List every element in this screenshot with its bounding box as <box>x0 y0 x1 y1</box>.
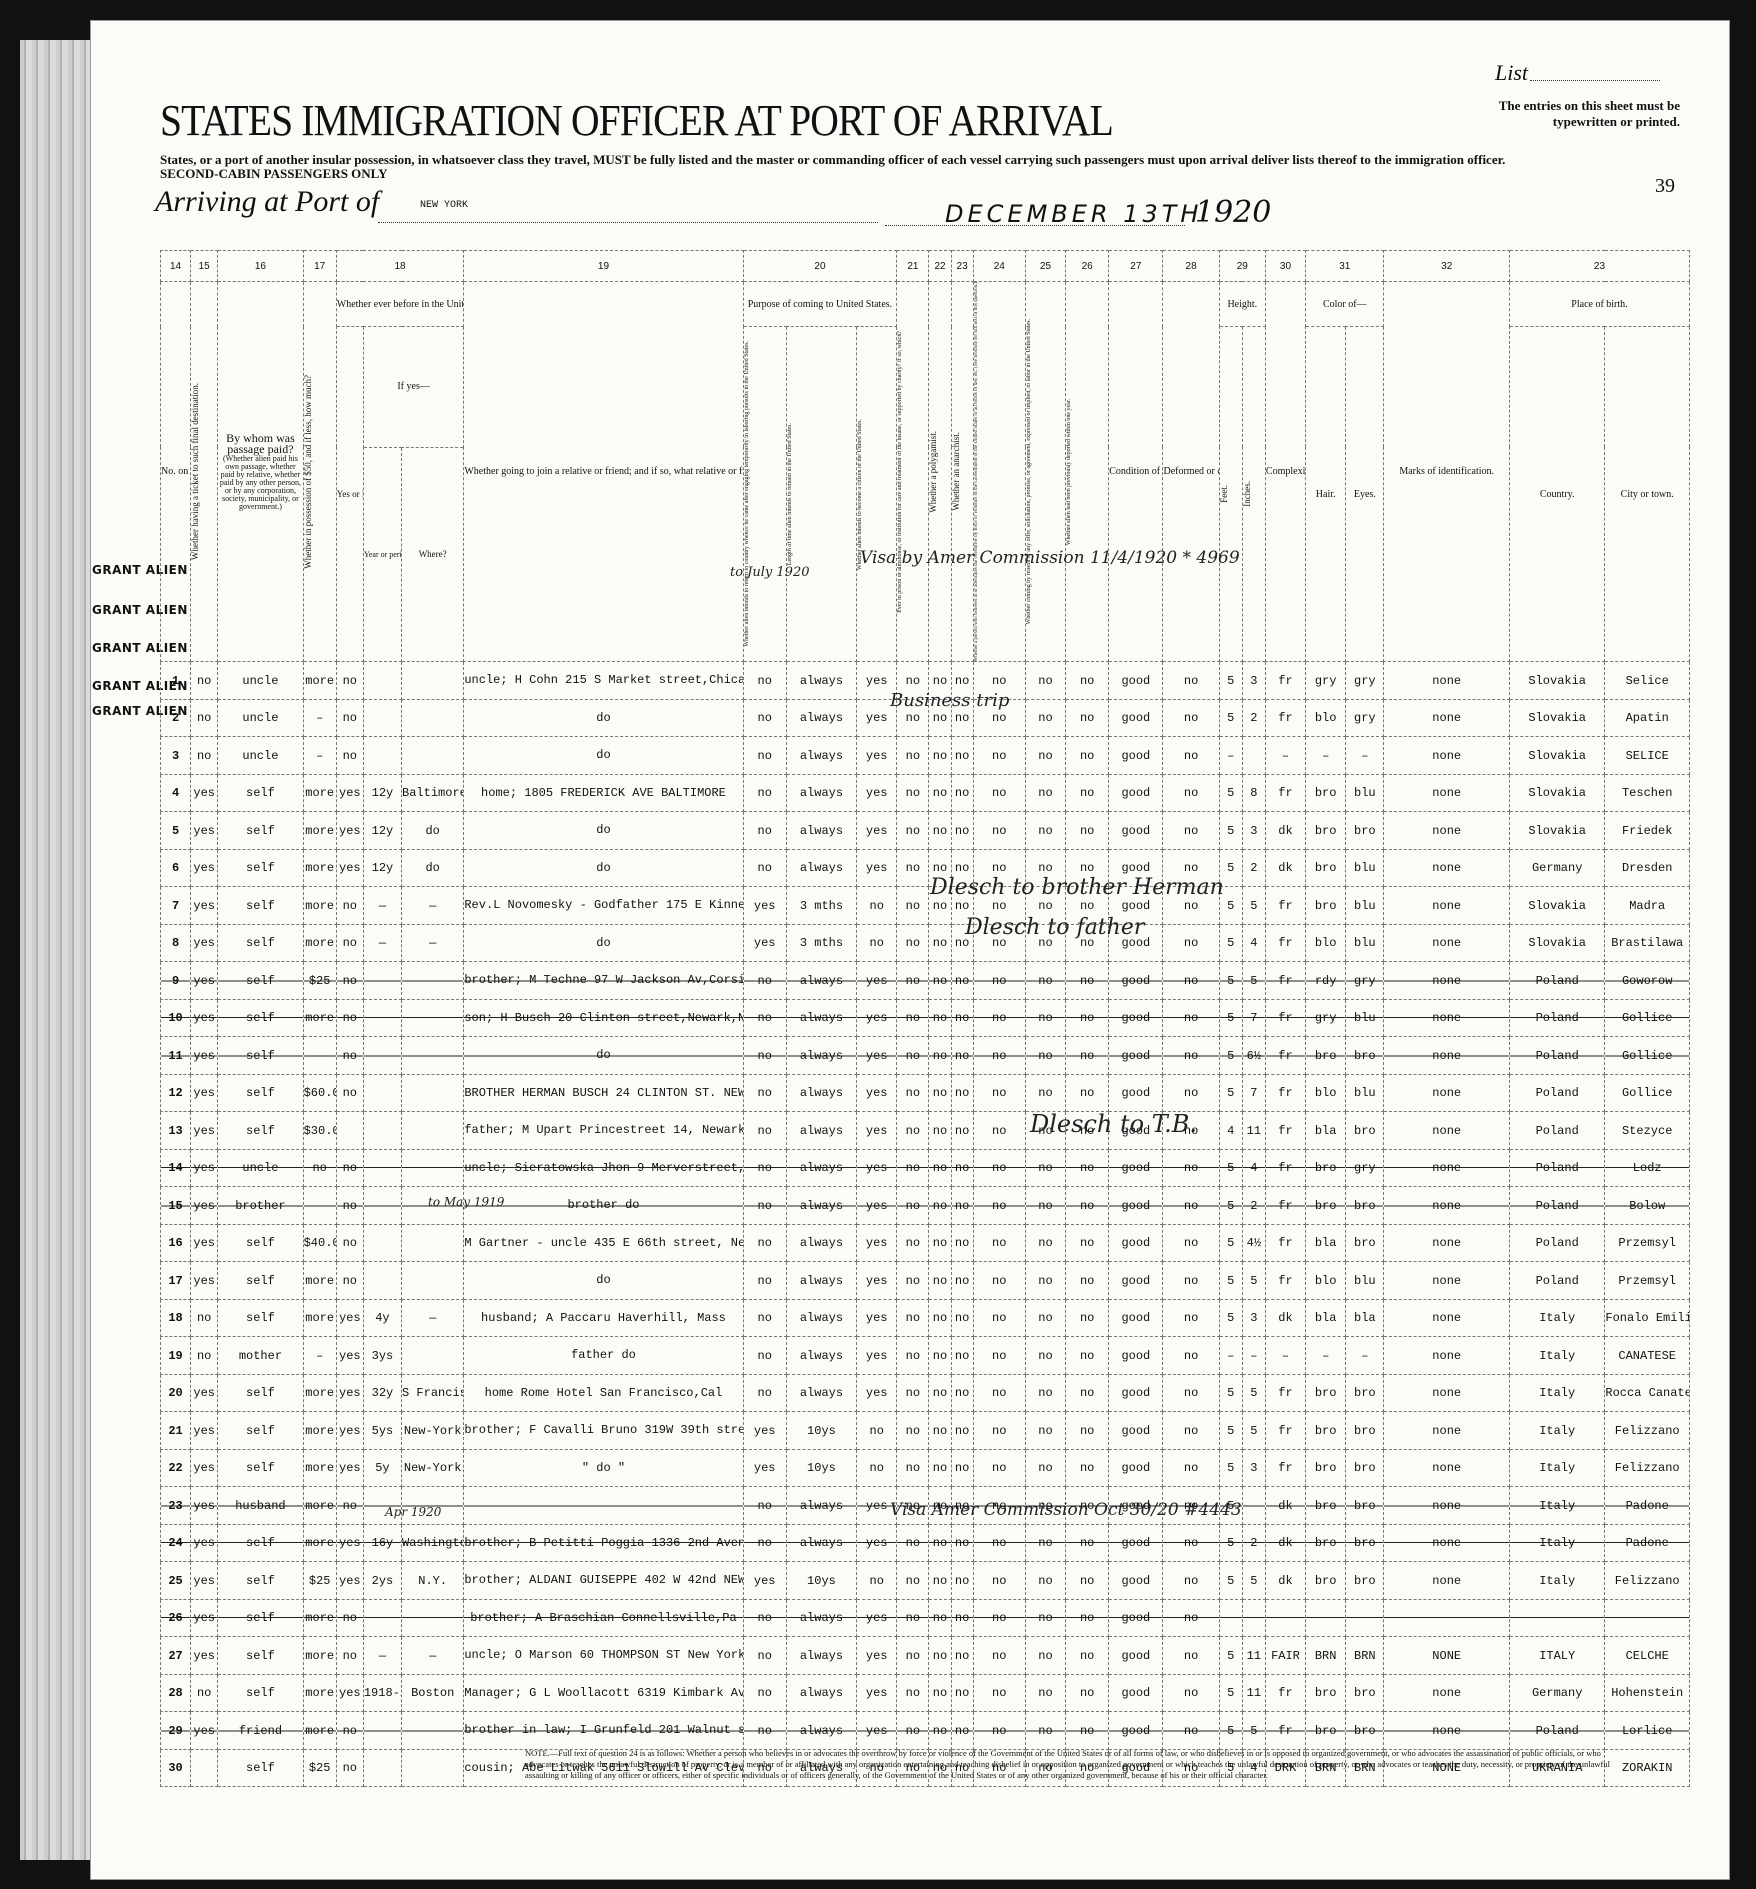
col-num-19: 19 <box>464 251 743 282</box>
q24-cell: no <box>973 999 1025 1037</box>
marks-cell: none <box>1384 774 1510 812</box>
birth-city-cell <box>1605 1599 1690 1637</box>
before-in-us-cell: no <box>336 737 363 775</box>
polygamist-cell: no <box>929 962 951 1000</box>
polygamist-cell: no <box>929 1187 951 1225</box>
prison-cell: no <box>897 999 929 1037</box>
q25-cell: no <box>1025 1374 1065 1412</box>
marks-cell: none <box>1384 999 1510 1037</box>
complexion-cell: fr <box>1265 924 1305 962</box>
row-number: 12 <box>161 1074 191 1112</box>
hair-color-cell: blo <box>1306 1074 1346 1112</box>
deformed-cell: no <box>1163 1262 1219 1300</box>
anarchist-cell: no <box>951 1112 973 1150</box>
period-cell: — <box>363 887 401 925</box>
birth-city-cell: Gollice <box>1605 1074 1690 1112</box>
joining-relative-cell: " do " <box>464 1449 743 1487</box>
period-cell <box>363 1187 401 1225</box>
deformed-cell: no <box>1163 737 1219 775</box>
passage-paid-cell: self <box>218 1412 303 1450</box>
birth-country-cell: Italy <box>1509 1487 1604 1525</box>
where-cell: Baltimore <box>402 774 464 812</box>
return-intent-cell: no <box>743 662 786 700</box>
hair-color-cell <box>1306 1599 1346 1637</box>
birth-country-cell: Poland <box>1509 999 1604 1037</box>
table-row: 6yesselfmoreyes12ydodonoalwaysyesnononon… <box>161 849 1690 887</box>
eye-color-cell: blu <box>1346 774 1384 812</box>
port-field-line <box>378 222 878 223</box>
length-stay-cell: always <box>786 1187 856 1225</box>
joining-relative-cell: father; M Upart Princestreet 14, Newark,… <box>464 1112 743 1150</box>
anarchist-cell: no <box>951 1524 973 1562</box>
deformed-cell: no <box>1163 962 1219 1000</box>
prison-cell: no <box>897 1599 929 1637</box>
health-cell: good <box>1109 1562 1163 1600</box>
money-cell: – <box>303 699 336 737</box>
table-row: 28noselfmoreyes1918-20BostonManager; G L… <box>161 1674 1690 1712</box>
complexion-cell: fr <box>1265 887 1305 925</box>
ticket-cell: yes <box>191 924 218 962</box>
q26-cell: no <box>1066 737 1109 775</box>
before-in-us-cell: yes <box>336 1524 363 1562</box>
row-number: 25 <box>161 1562 191 1600</box>
return-intent-cell: no <box>743 999 786 1037</box>
birth-country-cell: Italy <box>1509 1412 1604 1450</box>
return-intent-cell: no <box>743 1262 786 1300</box>
where-cell <box>402 699 464 737</box>
handwritten-date-row-28: Apr 1920 <box>385 1505 441 1519</box>
prison-cell: no <box>897 962 929 1000</box>
anarchist-cell: no <box>951 1374 973 1412</box>
polygamist-cell: no <box>929 774 951 812</box>
q24-cell: no <box>973 1337 1025 1375</box>
where-cell: Boston <box>402 1674 464 1712</box>
col-num-26: 26 <box>1066 251 1109 282</box>
prison-cell: no <box>897 1562 929 1600</box>
anarchist-cell: no <box>951 1299 973 1337</box>
q26-cell: no <box>1066 1074 1109 1112</box>
return-intent-cell: yes <box>743 1562 786 1600</box>
before-in-us-cell: no <box>336 1637 363 1675</box>
deformed-cell: no <box>1163 1524 1219 1562</box>
q25-cell: no <box>1025 999 1065 1037</box>
where-cell: do <box>402 812 464 850</box>
polygamist-cell: no <box>929 1449 951 1487</box>
q26-cell: no <box>1066 1637 1109 1675</box>
hair-color-cell: bro <box>1306 887 1346 925</box>
q25-cell: no <box>1025 1599 1065 1637</box>
list-label: List <box>1495 60 1528 86</box>
table-row: 21yesselfmoreyes5ysNew-Yorkbrother; F Ca… <box>161 1412 1690 1450</box>
length-stay-cell: always <box>786 849 856 887</box>
height-feet-cell: 5 <box>1219 1374 1242 1412</box>
polygamist-cell: no <box>929 1524 951 1562</box>
birth-city-cell: Lorlice <box>1605 1712 1690 1750</box>
height-inches-cell <box>1242 737 1265 775</box>
birth-country-cell: Slovakia <box>1509 812 1604 850</box>
health-cell: good <box>1109 737 1163 775</box>
anarchist-cell: no <box>951 1224 973 1262</box>
header-money: Whether in possession of $50, and if les… <box>303 282 336 662</box>
passage-paid-cell: self <box>218 1262 303 1300</box>
marks-cell: none <box>1384 887 1510 925</box>
period-cell <box>363 1224 401 1262</box>
eye-color-cell: blu <box>1346 1262 1384 1300</box>
row-number: 7 <box>161 887 191 925</box>
marks-cell: none <box>1384 662 1510 700</box>
table-row: 26yesselfmorenobrother; A Braschian Conn… <box>161 1599 1690 1637</box>
header-deformed: Deformed or crippled. Nature, length of … <box>1163 282 1219 662</box>
return-intent-cell: yes <box>743 1449 786 1487</box>
marks-cell: none <box>1384 1449 1510 1487</box>
hair-color-cell: bla <box>1306 1112 1346 1150</box>
col-num-33: 23 <box>1509 251 1689 282</box>
row-number: 10 <box>161 999 191 1037</box>
row-number: 3 <box>161 737 191 775</box>
deformed-cell: no <box>1163 1674 1219 1712</box>
return-intent-cell: no <box>743 774 786 812</box>
ticket-cell: no <box>191 699 218 737</box>
health-cell: good <box>1109 1637 1163 1675</box>
birth-city-cell: Przemsyl <box>1605 1262 1690 1300</box>
period-cell: 5y <box>363 1449 401 1487</box>
complexion-cell: fr <box>1265 774 1305 812</box>
money-cell: more <box>303 774 336 812</box>
polygamist-cell: no <box>929 1074 951 1112</box>
anarchist-cell: no <box>951 1074 973 1112</box>
before-in-us-cell: no <box>336 1037 363 1075</box>
birth-city-cell: Fonalo Emilia (Modena) <box>1605 1299 1690 1337</box>
q26-cell: no <box>1066 812 1109 850</box>
list-number-field <box>1530 80 1660 81</box>
length-stay-cell: always <box>786 812 856 850</box>
header-complexion: Complexion. <box>1265 282 1305 662</box>
row-number: 6 <box>161 849 191 887</box>
q24-cell: no <box>973 1412 1025 1450</box>
table-row: 11yesself–nodonoalwaysyesnonononononogoo… <box>161 1037 1690 1075</box>
where-cell <box>402 737 464 775</box>
table-row: 13yesself$30.00father; M Upart Princestr… <box>161 1112 1690 1150</box>
money-cell: – <box>303 1337 336 1375</box>
period-cell <box>363 1149 401 1187</box>
height-feet-cell: 5 <box>1219 1224 1242 1262</box>
marks-cell: none <box>1384 1224 1510 1262</box>
passage-paid-cell: self <box>218 1074 303 1112</box>
complexion-cell: fr <box>1265 1712 1305 1750</box>
polygamist-cell: no <box>929 1562 951 1600</box>
prison-cell: no <box>897 1412 929 1450</box>
marks-cell: none <box>1384 699 1510 737</box>
polygamist-cell: no <box>929 1674 951 1712</box>
table-row: 27yesselfmoreno——uncle; O Marson 60 THOM… <box>161 1637 1690 1675</box>
row-number: 30 <box>161 1749 191 1787</box>
birth-city-cell: Hohenstein <box>1605 1674 1690 1712</box>
money-cell: $25 <box>303 1749 336 1787</box>
prison-cell: no <box>897 1374 929 1412</box>
eye-color-cell: – <box>1346 737 1384 775</box>
table-row: 25yesself$25yes2ysN.Y.brother; ALDANI GU… <box>161 1562 1690 1600</box>
ticket-cell: yes <box>191 887 218 925</box>
height-feet-cell: – <box>1219 1337 1242 1375</box>
birth-city-cell: Bolow <box>1605 1187 1690 1225</box>
where-cell: do <box>402 849 464 887</box>
return-intent-cell: no <box>743 1524 786 1562</box>
joining-relative-cell: BROTHER HERMAN BUSCH 24 CLINTON ST. NEWA… <box>464 1074 743 1112</box>
ticket-cell: yes <box>191 812 218 850</box>
ticket-cell: yes <box>191 774 218 812</box>
passage-paid-cell: self <box>218 1524 303 1562</box>
return-intent-cell: no <box>743 849 786 887</box>
header-ticket: Whether having a ticket to such final de… <box>191 282 218 662</box>
q24-cell: no <box>973 1074 1025 1112</box>
money-cell: $40.00 <box>303 1224 336 1262</box>
deformed-cell: no <box>1163 662 1219 700</box>
birth-country-cell: Slovakia <box>1509 662 1604 700</box>
passage-paid-cell: uncle <box>218 699 303 737</box>
row-number: 14 <box>161 1149 191 1187</box>
before-in-us-cell: no <box>336 1487 363 1525</box>
q24-cell: no <box>973 1149 1025 1187</box>
health-cell: good <box>1109 1224 1163 1262</box>
hair-color-cell: bro <box>1306 1037 1346 1075</box>
birth-city-cell: Apatin <box>1605 699 1690 737</box>
polygamist-cell: no <box>929 1712 951 1750</box>
money-cell: $60.00 <box>303 1074 336 1112</box>
prison-cell: no <box>897 774 929 812</box>
health-cell: good <box>1109 1299 1163 1337</box>
row-number: 19 <box>161 1337 191 1375</box>
length-stay-cell: always <box>786 1524 856 1562</box>
height-inches-cell: 5 <box>1242 962 1265 1000</box>
birth-city-cell: CELCHE <box>1605 1637 1690 1675</box>
marks-cell: none <box>1384 812 1510 850</box>
health-cell: good <box>1109 1412 1163 1450</box>
citizen-intent-cell: yes <box>857 1712 897 1750</box>
length-stay-cell: always <box>786 999 856 1037</box>
hair-color-cell: gry <box>1306 662 1346 700</box>
q26-cell: no <box>1066 1037 1109 1075</box>
col-num-24: 24 <box>973 251 1025 282</box>
citizen-intent-cell: yes <box>857 1299 897 1337</box>
passage-paid-cell: self <box>218 774 303 812</box>
joining-relative-cell: do <box>464 924 743 962</box>
header-marks: Marks of identification. <box>1384 282 1510 662</box>
hair-color-cell: blo <box>1306 699 1346 737</box>
length-stay-cell: always <box>786 1374 856 1412</box>
height-inches-cell: 3 <box>1242 1449 1265 1487</box>
citizen-intent-cell: yes <box>857 1262 897 1300</box>
col-num-15: 15 <box>191 251 218 282</box>
q26-cell: no <box>1066 1449 1109 1487</box>
period-cell <box>363 699 401 737</box>
money-cell: more <box>303 999 336 1037</box>
length-stay-cell: always <box>786 1599 856 1637</box>
arrival-date: DECEMBER 13TH <box>945 200 1202 228</box>
height-feet-cell: 5 <box>1219 1149 1242 1187</box>
birth-city-cell: Friedek <box>1605 812 1690 850</box>
deformed-cell: no <box>1163 1562 1219 1600</box>
citizen-intent-cell: no <box>857 1449 897 1487</box>
hair-color-cell: bro <box>1306 1149 1346 1187</box>
before-in-us-cell: yes <box>336 1449 363 1487</box>
height-inches-cell: 3 <box>1242 662 1265 700</box>
header-length-stay: Length of time alien intends to remain i… <box>786 327 856 662</box>
joining-relative-cell: uncle; Sieratowska Jhon 9 Merverstreet,P… <box>464 1149 743 1187</box>
ticket-cell: yes <box>191 1487 218 1525</box>
joining-relative-cell: brother; B Petitti Poggia 1336 2nd Avenu… <box>464 1524 743 1562</box>
row-number: 11 <box>161 1037 191 1075</box>
hair-color-cell: blo <box>1306 924 1346 962</box>
page-title: STATES IMMIGRATION OFFICER AT PORT OF AR… <box>160 95 1113 146</box>
where-cell <box>402 1337 464 1375</box>
period-cell <box>363 1037 401 1075</box>
row-number: 2 <box>161 699 191 737</box>
row-number: 5 <box>161 812 191 850</box>
q24-cell: no <box>973 737 1025 775</box>
length-stay-cell: always <box>786 1149 856 1187</box>
ticket-cell: yes <box>191 1712 218 1750</box>
q25-cell: no <box>1025 1637 1065 1675</box>
polygamist-cell: no <box>929 1637 951 1675</box>
hair-color-cell: bro <box>1306 1187 1346 1225</box>
complexion-cell: fr <box>1265 1112 1305 1150</box>
handwritten-visa-row-27: Visa Amer Commission Oct 30/20 #4443 <box>890 1500 1242 1520</box>
arrival-year: 1920 <box>1195 195 1271 230</box>
joining-relative-cell: do <box>464 1037 743 1075</box>
citizen-intent-cell: yes <box>857 1149 897 1187</box>
table-row: 16yesself$40.00noM Gartner - uncle 435 E… <box>161 1224 1690 1262</box>
length-stay-cell: 10ys <box>786 1562 856 1600</box>
marks-cell: none <box>1384 962 1510 1000</box>
joining-relative-cell: uncle; H Cohn 215 S Market street,Chicag… <box>464 662 743 700</box>
q26-cell: no <box>1066 1187 1109 1225</box>
q26-cell: no <box>1066 1524 1109 1562</box>
return-intent-cell: yes <box>743 887 786 925</box>
q24-cell: no <box>973 1449 1025 1487</box>
complexion-cell: fr <box>1265 1149 1305 1187</box>
table-row: 19nomother–yes3ysfather donoalwaysyesnon… <box>161 1337 1690 1375</box>
row-number: 20 <box>161 1374 191 1412</box>
anarchist-cell: no <box>951 774 973 812</box>
hair-color-cell: bro <box>1306 812 1346 850</box>
q25-cell: no <box>1025 1262 1065 1300</box>
marks-cell: none <box>1384 849 1510 887</box>
q25-cell: no <box>1025 1224 1065 1262</box>
height-inches-cell: 2 <box>1242 699 1265 737</box>
q26-cell: no <box>1066 1374 1109 1412</box>
passage-paid-cell: husband <box>218 1487 303 1525</box>
eye-color-cell: bro <box>1346 1562 1384 1600</box>
birth-city-cell: Dresden <box>1605 849 1690 887</box>
joining-relative-cell: brother do <box>464 1187 743 1225</box>
height-feet-cell: 5 <box>1219 1449 1242 1487</box>
q26-cell: no <box>1066 1149 1109 1187</box>
header-return-intent: Whether alien intends to return to count… <box>743 327 786 662</box>
polygamist-cell: no <box>929 1037 951 1075</box>
height-inches-cell: 4 <box>1242 1149 1265 1187</box>
deformed-cell: no <box>1163 1712 1219 1750</box>
marks-cell: none <box>1384 1074 1510 1112</box>
prison-cell: no <box>897 812 929 850</box>
joining-relative-cell: do <box>464 849 743 887</box>
return-intent-cell: no <box>743 1712 786 1750</box>
polygamist-cell: no <box>929 999 951 1037</box>
q25-cell: no <box>1025 1337 1065 1375</box>
length-stay-cell: always <box>786 737 856 775</box>
height-feet-cell: 5 <box>1219 999 1242 1037</box>
row-number: 29 <box>161 1712 191 1750</box>
header-before-in-us: Whether ever before in the United States… <box>336 282 464 327</box>
period-cell: 16y <box>363 1524 401 1562</box>
q24-cell: no <box>973 774 1025 812</box>
q25-cell: no <box>1025 774 1065 812</box>
return-intent-cell: no <box>743 1337 786 1375</box>
table-row: 18noselfmoreyes4y—husband; A Paccaru Hav… <box>161 1299 1690 1337</box>
handwritten-note-row-13: Dlesch to father <box>965 915 1144 940</box>
height-inches-cell: 2 <box>1242 849 1265 887</box>
q26-cell: no <box>1066 999 1109 1037</box>
height-inches-cell: – <box>1242 1337 1265 1375</box>
q25-cell: no <box>1025 1187 1065 1225</box>
prison-cell: no <box>897 849 929 887</box>
ticket-cell: no <box>191 1299 218 1337</box>
citizen-intent-cell: yes <box>857 1337 897 1375</box>
height-inches-cell: 11 <box>1242 1674 1265 1712</box>
passage-paid-cell: self <box>218 1562 303 1600</box>
row-number: 24 <box>161 1524 191 1562</box>
complexion-cell <box>1265 1599 1305 1637</box>
passenger-manifest-table: 14 15 16 17 18 19 20 21 22 23 24 25 26 2… <box>160 250 1690 1787</box>
citizen-intent-cell: yes <box>857 849 897 887</box>
ticket-cell: yes <box>191 1524 218 1562</box>
header-q25: Whether coming by reason of any offer, s… <box>1025 282 1065 662</box>
eye-color-cell: bro <box>1346 1674 1384 1712</box>
period-cell: 2ys <box>363 1562 401 1600</box>
passage-paid-cell: brother <box>218 1187 303 1225</box>
before-in-us-cell: no <box>336 1599 363 1637</box>
health-cell: good <box>1109 812 1163 850</box>
q26-cell: no <box>1066 774 1109 812</box>
height-feet-cell: 5 <box>1219 1074 1242 1112</box>
where-cell: — <box>402 887 464 925</box>
period-cell: 3ys <box>363 1337 401 1375</box>
table-row: 22yesselfmoreyes5yNew-York" do "yes10ysn… <box>161 1449 1690 1487</box>
before-in-us-cell: no <box>336 1224 363 1262</box>
q25-cell: no <box>1025 1449 1065 1487</box>
passage-paid-cell: self <box>218 1374 303 1412</box>
money-cell: more <box>303 849 336 887</box>
anarchist-cell: no <box>951 1637 973 1675</box>
q26-cell: no <box>1066 662 1109 700</box>
length-stay-cell: always <box>786 962 856 1000</box>
health-cell: good <box>1109 1712 1163 1750</box>
col-num-18: 18 <box>336 251 464 282</box>
handwritten-visa-row-4: Visa by Amer Commission 11/4/1920 * 4969 <box>860 548 1240 568</box>
citizen-intent-cell: no <box>857 924 897 962</box>
citizen-intent-cell: yes <box>857 737 897 775</box>
birth-city-cell: Felizzano <box>1605 1449 1690 1487</box>
complexion-cell: fr <box>1265 662 1305 700</box>
period-cell <box>363 1262 401 1300</box>
q24-cell: no <box>973 1599 1025 1637</box>
length-stay-cell: always <box>786 699 856 737</box>
height-feet-cell: 5 <box>1219 1562 1242 1600</box>
height-inches-cell: 4½ <box>1242 1224 1265 1262</box>
length-stay-cell: always <box>786 1224 856 1262</box>
height-inches-cell: 3 <box>1242 812 1265 850</box>
deformed-cell: no <box>1163 1074 1219 1112</box>
birth-country-cell: Italy <box>1509 1374 1604 1412</box>
